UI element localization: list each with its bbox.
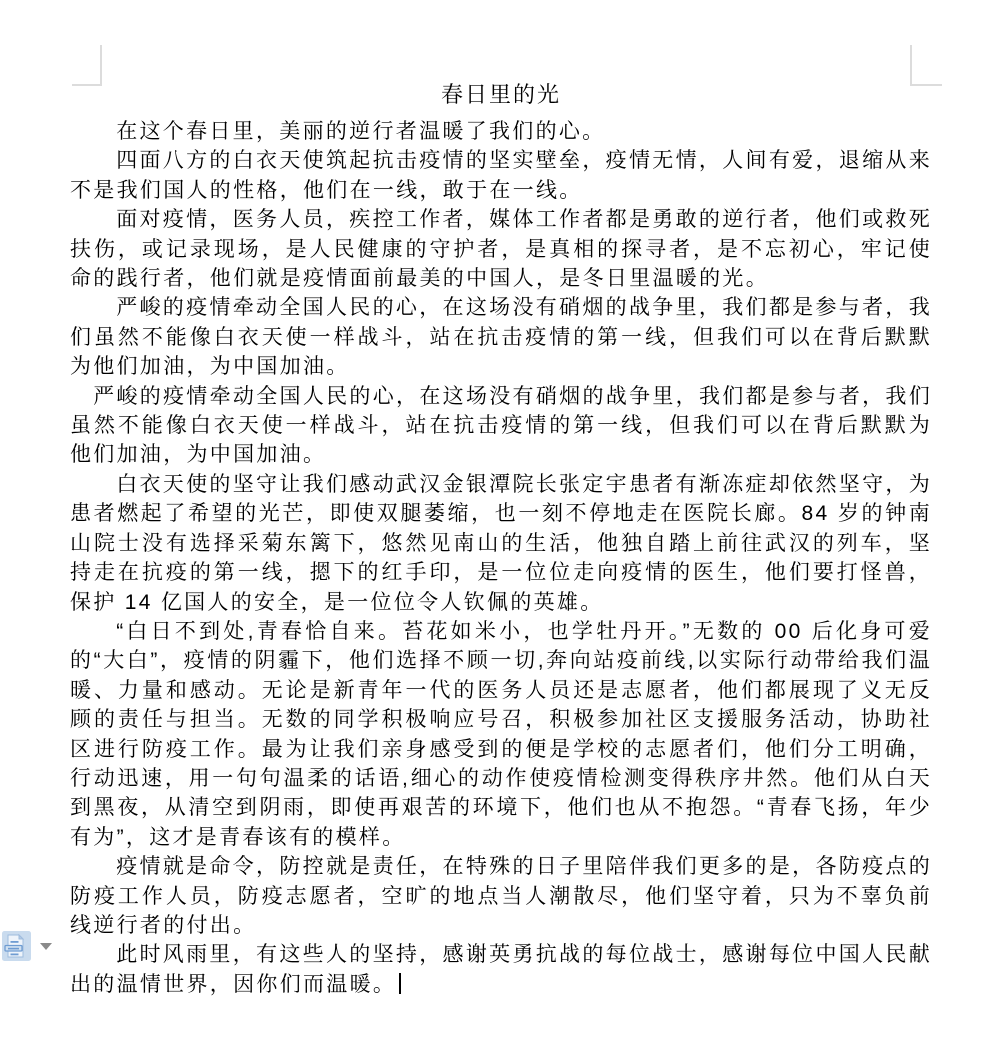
chevron-down-icon[interactable] (40, 943, 52, 950)
paragraph-3[interactable]: 面对疫情，医务人员，疾控工作者，媒体工作者都是勇敢的逆行者，他们或救死扶伤，或记… (70, 205, 932, 293)
paragraph-7[interactable]: “白日不到处,青春恰自来。苔花如米小，也学牡丹开。”无数的 00 后化身可爱的“… (70, 617, 932, 852)
paragraph-9-text: 此时风雨里，有这些人的坚持，感谢英勇抗战的每位战士，感谢每位中国人民献出的温情世… (70, 943, 932, 995)
paragraph-1[interactable]: 在这个春日里，美丽的逆行者温暖了我们的心。 (70, 117, 932, 146)
paste-options-button[interactable] (2, 931, 52, 961)
document-body[interactable]: 春日里的光 在这个春日里，美丽的逆行者温暖了我们的心。 四面八方的白衣天使筑起抗… (70, 80, 932, 999)
paragraph-2[interactable]: 四面八方的白衣天使筑起抗击疫情的坚实壁垒，疫情无情，人间有爱，退缩从来不是我们国… (70, 146, 932, 205)
document-title[interactable]: 春日里的光 (70, 80, 932, 110)
paragraph-8[interactable]: 疫情就是命令，防控就是责任，在特殊的日子里陪伴我们更多的是，各防疫点的防疫工作人… (70, 852, 932, 940)
paragraph-6[interactable]: 白衣天使的坚守让我们感动武汉金银潭院长张定宇患者有渐冻症却依然坚守，为患者燃起了… (70, 470, 932, 617)
paragraph-5[interactable]: 严峻的疫情牵动全国人民的心，在这场没有硝烟的战争里，我们都是参与者，我们虽然不能… (70, 382, 932, 470)
paste-options-document-icon (2, 931, 31, 961)
paragraph-9[interactable]: 此时风雨里，有这些人的坚持，感谢英勇抗战的每位战士，感谢每位中国人民献出的温情世… (70, 940, 932, 999)
document-page: 春日里的光 在这个春日里，美丽的逆行者温暖了我们的心。 四面八方的白衣天使筑起抗… (0, 0, 1000, 1063)
text-cursor (399, 973, 401, 994)
paragraph-4[interactable]: 严峻的疫情牵动全国人民的心，在这场没有硝烟的战争里，我们都是参与者，我们虽然不能… (70, 293, 932, 381)
